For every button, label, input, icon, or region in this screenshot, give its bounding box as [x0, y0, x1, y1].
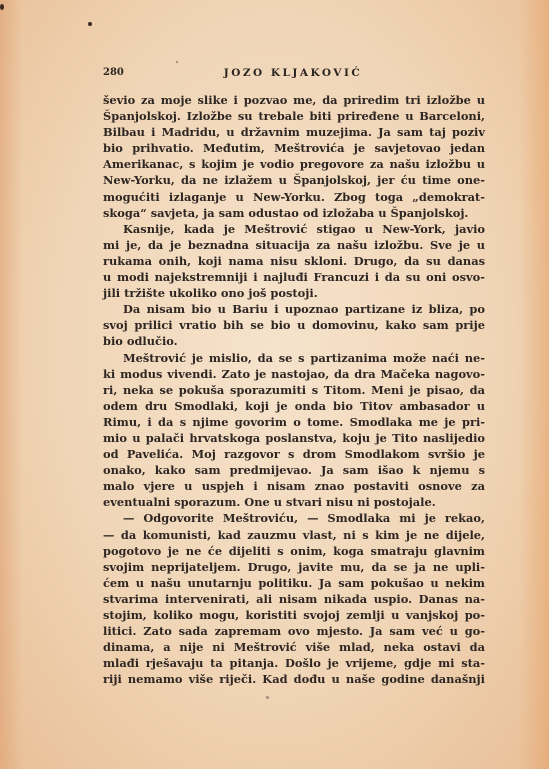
text-line: ćem u našu unutarnju politiku. Ja sam po… — [103, 575, 485, 591]
text-line: mlađi rješavaju ta pitanja. Došlo je vri… — [103, 655, 485, 671]
text-line: u modi najekstremniji i najluđi Francuzi… — [103, 269, 485, 285]
text-line: eventualni sporazum. One u stvari nisu n… — [103, 494, 485, 510]
body-text: ševio za moje slike i pozvao me, da prir… — [103, 92, 485, 687]
text-line: Meštrović je mislio, da se s partizanima… — [103, 350, 485, 366]
text-line: jili tržište ukoliko ono još postoji. — [103, 285, 485, 301]
text-line: svojim neprijateljem. Drugo, javite mu, … — [103, 559, 485, 575]
text-line: ki modus vivendi. Zato je nastojao, da d… — [103, 366, 485, 382]
text-line: mio u palači hrvatskoga poslanstva, koju… — [103, 430, 485, 446]
text-line: bio prihvatio. Međutim, Meštrovića je sa… — [103, 140, 485, 156]
text-line: Rimu, i da s njime govorim o tome. Smodl… — [103, 414, 485, 430]
text-line: — Odgovorite Meštroviću, — Smodlaka mi j… — [103, 510, 485, 526]
text-line: New-Yorku, da ne izlažem u Španjolskoj, … — [103, 172, 485, 188]
text-line: Bilbau i Madridu, u državnim muzejima. J… — [103, 124, 485, 140]
text-line: Kasnije, kada je Meštrović stigao u New-… — [103, 221, 485, 237]
text-line: skoga“ savjeta, ja sam odustao od izloža… — [103, 205, 485, 221]
text-line: od Pavelića. Moj razgovor s drom Smodlak… — [103, 446, 485, 462]
text-line: odem dru Smodlaki, koji je onda bio Tito… — [103, 398, 485, 414]
text-line: Da nisam bio u Bariu i upoznao partizane… — [103, 301, 485, 317]
paper-speck — [176, 61, 178, 63]
text-line: stojim, koliko mogu, koristiti svojoj ze… — [103, 607, 485, 623]
text-line: onako, kako sam predmijevao. Ja sam išao… — [103, 462, 485, 478]
text-line: Amerikanac, s kojim je vodio pregovore z… — [103, 156, 485, 172]
paper-speck — [88, 22, 92, 26]
text-line: mogućiti izlaganje u New-Yorku. Zbog tog… — [103, 189, 485, 205]
text-line: rukama onih, koji nama nisu skloni. Drug… — [103, 253, 485, 269]
text-line: Španjolskoj. Izložbe su trebale biti pri… — [103, 108, 485, 124]
text-line: dinama, a nije ni Meštrović više mlad, n… — [103, 639, 485, 655]
text-line: — da komunisti, kad zauzmu vlast, ni s k… — [103, 527, 485, 543]
text-line: malo vjere u uspjeh i nisam znao postavi… — [103, 478, 485, 494]
page-edge-shadow-left — [0, 0, 22, 769]
text-line: pogotovo je ne će dijeliti s onim, koga … — [103, 543, 485, 559]
text-line: bio odlučio. — [103, 333, 485, 349]
running-title: JOZO KLJAKOVIĆ — [103, 67, 483, 79]
page-edge-shadow-right — [519, 0, 549, 769]
text-line: litici. Zato sada zapremam ovo mjesto. J… — [103, 623, 485, 639]
paper-speck — [266, 696, 269, 699]
paper-speck — [0, 4, 4, 10]
text-line: riji nemamo više riječi. Kad dođu u naše… — [103, 671, 485, 687]
text-line: mi je, da je beznadna situacija za našu … — [103, 237, 485, 253]
text-line: ri, neka se pokuša sporazumiti s Titom. … — [103, 382, 485, 398]
text-line: svoj prilici vratio bih se bio u domovin… — [103, 317, 485, 333]
text-line: stvarima intervenirati, ali nisam nikada… — [103, 591, 485, 607]
text-line: ševio za moje slike i pozvao me, da prir… — [103, 92, 485, 108]
page-header: 280 JOZO KLJAKOVIĆ — [103, 67, 483, 83]
